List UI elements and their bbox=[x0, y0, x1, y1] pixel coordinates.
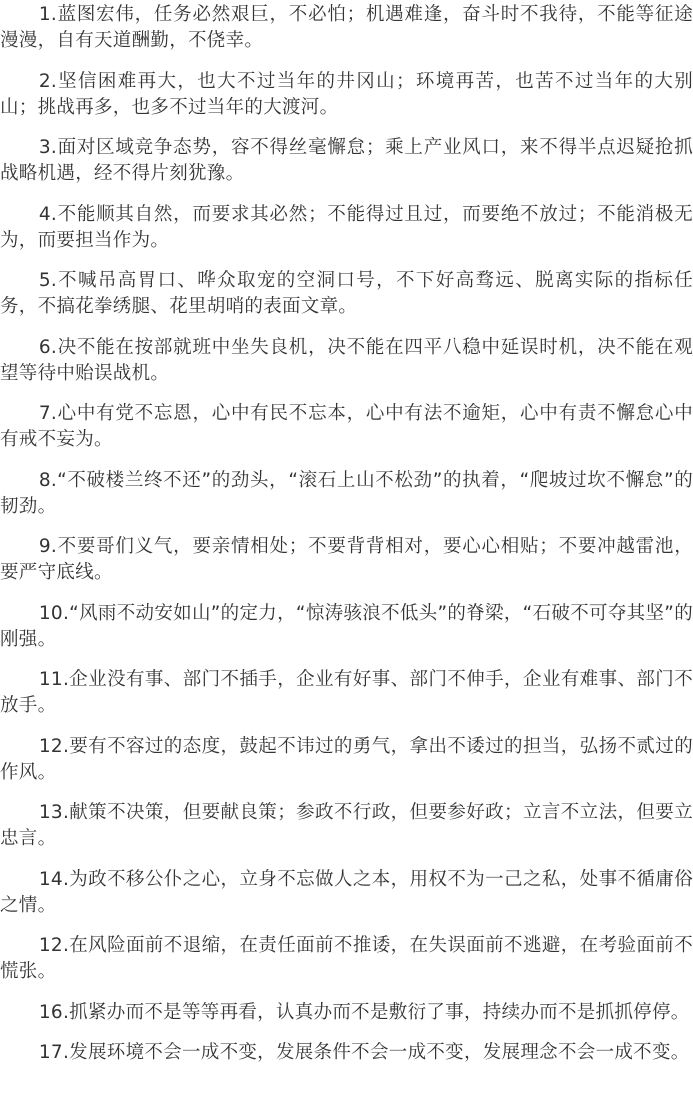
paragraph-2: 2.坚信困难再大，也大不过当年的井冈山；环境再苦，也苦不过当年的大别山；挑战再多… bbox=[0, 67, 693, 121]
paragraph-12: 12.要有不容过的态度，鼓起不讳过的勇气，拿出不诿过的担当，弘扬不贰过的作风。 bbox=[0, 732, 693, 786]
article-body: 1.蓝图宏伟，任务必然艰巨，不必怕；机遇难逢，奋斗时不我待，不能等征途漫漫，自有… bbox=[0, 0, 693, 1066]
paragraph-5: 5.不喊吊高胃口、哗众取宠的空洞口号，不下好高骛远、脱离实际的指标任务，不搞花拳… bbox=[0, 266, 693, 320]
paragraph-10: 10.“风雨不动安如山”的定力，“惊涛骇浪不低头”的脊梁，“石破不可夺其坚”的刚… bbox=[0, 599, 693, 653]
paragraph-7: 7.心中有党不忘恩，心中有民不忘本，心中有法不逾矩，心中有责不懈怠心中有戒不妄为… bbox=[0, 399, 693, 453]
paragraph-3: 3.面对区域竞争态势，容不得丝毫懈怠；乘上产业风口，来不得半点迟疑抢抓战略机遇，… bbox=[0, 133, 693, 187]
paragraph-15: 12.在风险面前不退缩，在责任面前不推诿，在失误面前不逃避，在考验面前不慌张。 bbox=[0, 931, 693, 985]
paragraph-11: 11.企业没有事、部门不插手，企业有好事、部门不伸手，企业有难事、部门不放手。 bbox=[0, 665, 693, 719]
paragraph-4: 4.不能顺其自然，而要求其必然；不能得过且过，而要绝不放过；不能消极无为，而要担… bbox=[0, 200, 693, 254]
paragraph-6: 6.决不能在按部就班中坐失良机，决不能在四平八稳中延误时机，决不能在观望等待中贻… bbox=[0, 333, 693, 387]
paragraph-16: 16.抓紧办而不是等等再看，认真办而不是敷衍了事，持续办而不是抓抓停停。 bbox=[0, 998, 693, 1026]
paragraph-1: 1.蓝图宏伟，任务必然艰巨，不必怕；机遇难逢，奋斗时不我待，不能等征途漫漫，自有… bbox=[0, 0, 693, 54]
paragraph-17: 17.发展环境不会一成不变，发展条件不会一成不变，发展理念不会一成不变。 bbox=[0, 1038, 693, 1066]
paragraph-9: 9.不要哥们义气，要亲情相处；不要背背相对，要心心相贴；不要冲越雷池，要严守底线… bbox=[0, 532, 693, 586]
paragraph-14: 14.为政不移公仆之心，立身不忘做人之本，用权不为一己之私，处事不循庸俗之情。 bbox=[0, 865, 693, 919]
paragraph-8: 8.“不破楼兰终不还”的劲头，“滚石上山不松劲”的执着，“爬坡过坎不懈怠”的韧劲… bbox=[0, 466, 693, 520]
paragraph-13: 13.献策不决策，但要献良策；参政不行政，但要参好政；立言不立法，但要立忠言。 bbox=[0, 798, 693, 852]
